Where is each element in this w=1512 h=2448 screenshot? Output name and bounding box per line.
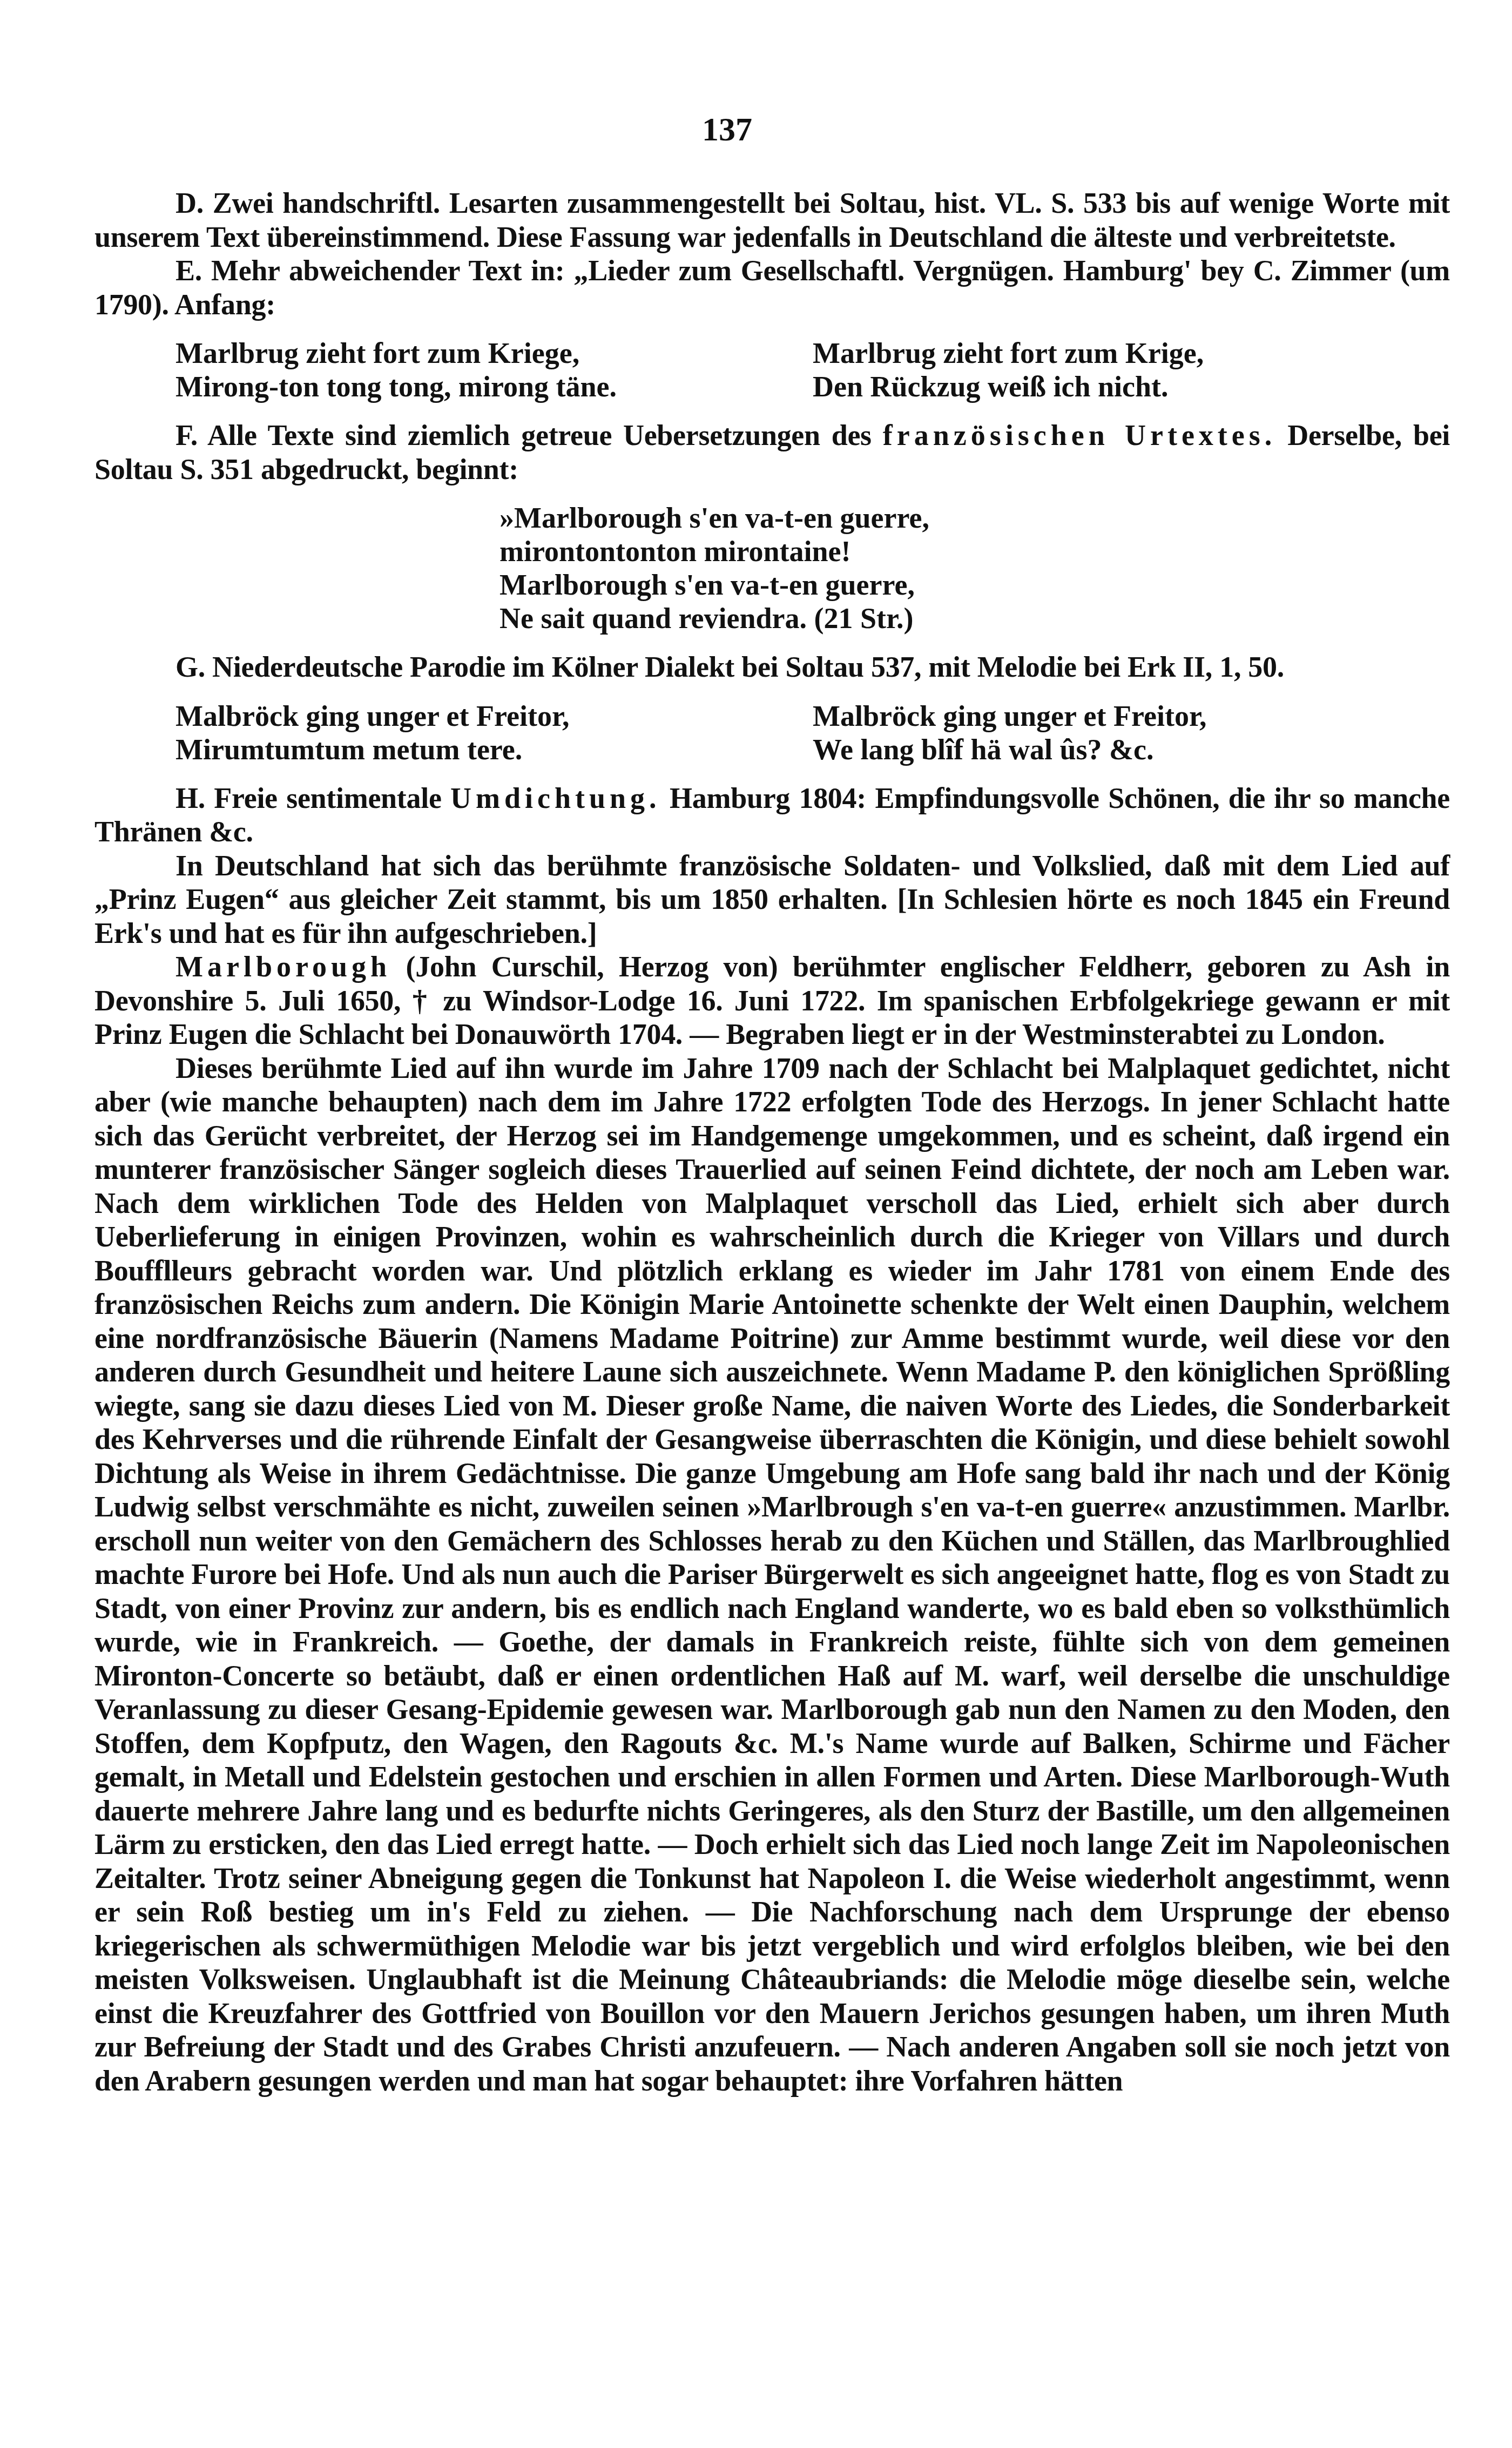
text: F. Alle Texte sind ziemlich getreue Uebe… <box>175 419 872 451</box>
section-e: E. Mehr abweichender Text in: „Lieder zu… <box>94 254 1450 321</box>
verse-line: Den Rückzug weiß ich nicht. <box>813 370 1450 403</box>
verse-line: mirontontonton mirontaine! <box>500 535 1450 568</box>
verse-line: »Marlborough s'en va-t-en guerre, <box>500 501 1450 535</box>
section-g: G. Niederdeutsche Parodie im Kölner Dial… <box>94 650 1450 684</box>
paragraph-2: Marlborough (John Curschil, Herzog von) … <box>94 950 1450 1051</box>
verse-line: Marlbrug zieht fort zum Kriege, <box>175 336 813 370</box>
verse-line: Mirumtumtum metum tere. <box>175 733 813 766</box>
verse-line: Malbröck ging unger et Freitor, <box>813 699 1450 733</box>
spaced-text: Umdichtung. <box>450 782 661 814</box>
verse-line: We lang blîf hä wal ûs? &c. <box>813 733 1450 766</box>
spaced-text: französischen Urtextes. <box>883 419 1277 451</box>
verse-line: Mirong-ton tong tong, mirong täne. <box>175 370 813 403</box>
spaced-text: Marlborough <box>175 950 391 983</box>
text: H. Freie sentimentale <box>175 782 442 814</box>
verse-line: Marlborough s'en va-t-en guerre, <box>500 568 1450 602</box>
verse-g-right: Malbröck ging unger et Freitor, We lang … <box>813 699 1450 766</box>
paragraph-3: Dieses berühmte Lied auf ihn wurde im Ja… <box>94 1051 1450 2098</box>
verse-e: Marlbrug zieht fort zum Kriege, Mirong-t… <box>175 336 1450 403</box>
section-d: D. Zwei handschriftl. Lesarten zusammeng… <box>94 186 1450 254</box>
verse-line: Ne sait quand reviendra. (21 Str.) <box>500 602 1450 635</box>
verse-line: Malbröck ging unger et Freitor, <box>175 699 813 733</box>
verse-e-right: Marlbrug zieht fort zum Krige, Den Rückz… <box>813 336 1450 403</box>
verse-g: Malbröck ging unger et Freitor, Mirumtum… <box>175 699 1450 766</box>
verse-f: »Marlborough s'en va-t-en guerre, miront… <box>500 501 1450 635</box>
paragraph-1: In Deutschland hat sich das berühmte fra… <box>94 849 1450 950</box>
section-h: H. Freie sentimentale Umdichtung. Hambur… <box>94 781 1450 849</box>
section-f: F. Alle Texte sind ziemlich getreue Uebe… <box>94 419 1450 486</box>
verse-e-left: Marlbrug zieht fort zum Kriege, Mirong-t… <box>175 336 813 403</box>
verse-g-left: Malbröck ging unger et Freitor, Mirumtum… <box>175 699 813 766</box>
verse-line: Marlbrug zieht fort zum Krige, <box>813 336 1450 370</box>
page-number: 137 <box>702 111 752 149</box>
page-body: D. Zwei handschriftl. Lesarten zusammeng… <box>94 186 1450 2098</box>
